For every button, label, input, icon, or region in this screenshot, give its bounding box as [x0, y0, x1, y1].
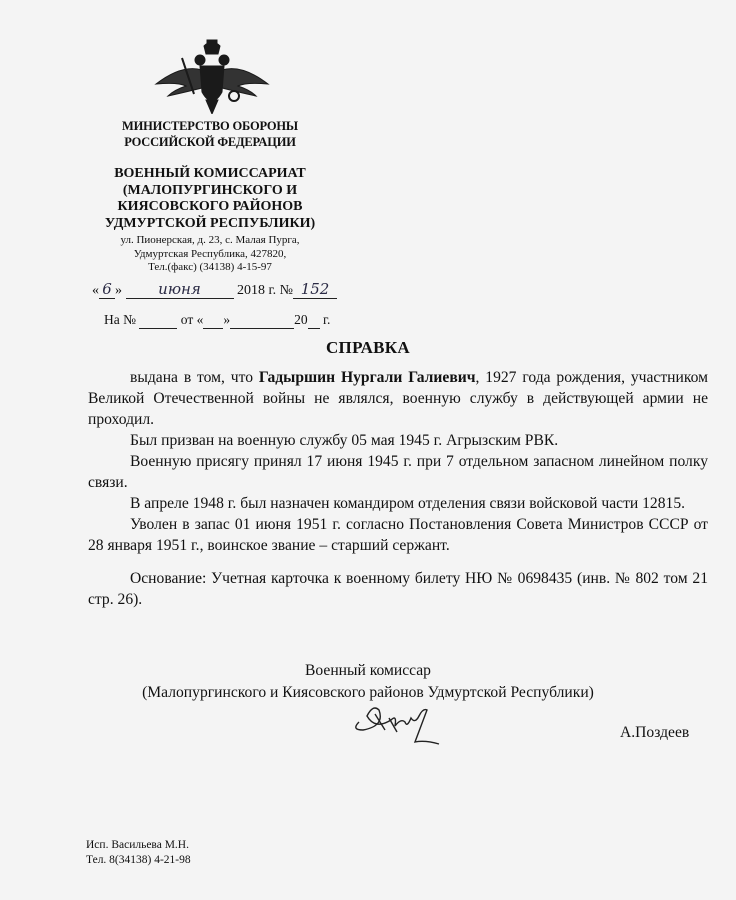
- org-line: (МАЛОПУРГИНСКОГО И: [60, 183, 360, 200]
- basis-paragraph: Основание: Учетная карточка к военному б…: [88, 568, 708, 610]
- document-title: СПРАВКА: [0, 338, 736, 358]
- organization-address: ул. Пионерская, д. 23, с. Малая Пурга, У…: [60, 234, 360, 275]
- executor-info: Исп. Васильева М.Н. Тел. 8(34138) 4-21-9…: [86, 838, 191, 868]
- reference-close-quote: »: [223, 312, 230, 327]
- position-line: Военный комиссар: [0, 660, 736, 682]
- ministry-line: РОССИЙСКОЙ ФЕДЕРАЦИИ: [60, 134, 360, 150]
- body-paragraph: выдана в том, что Гадыршин Нургали Галие…: [88, 367, 708, 430]
- address-line: Удмуртская Республика, 427820,: [60, 248, 360, 262]
- signer-name: А.Поздеев: [620, 724, 689, 742]
- organization-header: ВОЕННЫЙ КОМИССАРИАТ (МАЛОПУРГИНСКОГО И К…: [60, 166, 360, 232]
- body-paragraph: В апреле 1948 г. был назначен командиром…: [88, 493, 708, 514]
- date-year-label: 2018 г. №: [237, 283, 293, 298]
- date-month: июня: [126, 280, 234, 299]
- signatory-position: Военный комиссар (Малопургинского и Кияс…: [0, 660, 736, 704]
- handwritten-signature-icon: [345, 700, 455, 750]
- date-day: 6: [99, 280, 115, 299]
- body-paragraph: Уволен в запас 01 июня 1951 г. согласно …: [88, 514, 708, 556]
- person-name: Гадыршин Нургали Галиевич: [259, 369, 476, 386]
- reference-year: 20: [294, 312, 308, 327]
- org-line: УДМУРТСКОЙ РЕСПУБЛИКИ): [60, 216, 360, 233]
- reference-year-suffix: г.: [323, 312, 330, 327]
- document-date-line: «6» июня 2018 г. №152: [92, 280, 337, 299]
- document-body: выдана в том, что Гадыршин Нургали Галие…: [88, 367, 708, 610]
- body-paragraph: Военную присягу принял 17 июня 1945 г. п…: [88, 451, 708, 493]
- reference-from-label: от «: [181, 312, 204, 327]
- document-number: 152: [293, 280, 337, 299]
- reference-line: На № от « » 20 г.: [104, 312, 330, 329]
- executor-phone: Тел. 8(34138) 4-21-98: [86, 853, 191, 868]
- ministry-header: МИНИСТЕРСТВО ОБОРОНЫ РОССИЙСКОЙ ФЕДЕРАЦИ…: [60, 118, 360, 150]
- address-line: Тел.(факс) (34138) 4-15-97: [60, 261, 360, 275]
- double-headed-eagle-emblem-icon: [152, 38, 272, 114]
- address-line: ул. Пионерская, д. 23, с. Малая Пурга,: [60, 234, 360, 248]
- org-line: КИЯСОВСКОГО РАЙОНОВ: [60, 199, 360, 216]
- reference-label: На №: [104, 312, 136, 327]
- body-paragraph: Был призван на военную службу 05 мая 194…: [88, 430, 708, 451]
- open-quote: «: [92, 283, 99, 298]
- ministry-line: МИНИСТЕРСТВО ОБОРОНЫ: [60, 118, 360, 134]
- close-quote: »: [115, 283, 122, 298]
- org-line: ВОЕННЫЙ КОМИССАРИАТ: [60, 166, 360, 183]
- executor-name: Исп. Васильева М.Н.: [86, 838, 191, 853]
